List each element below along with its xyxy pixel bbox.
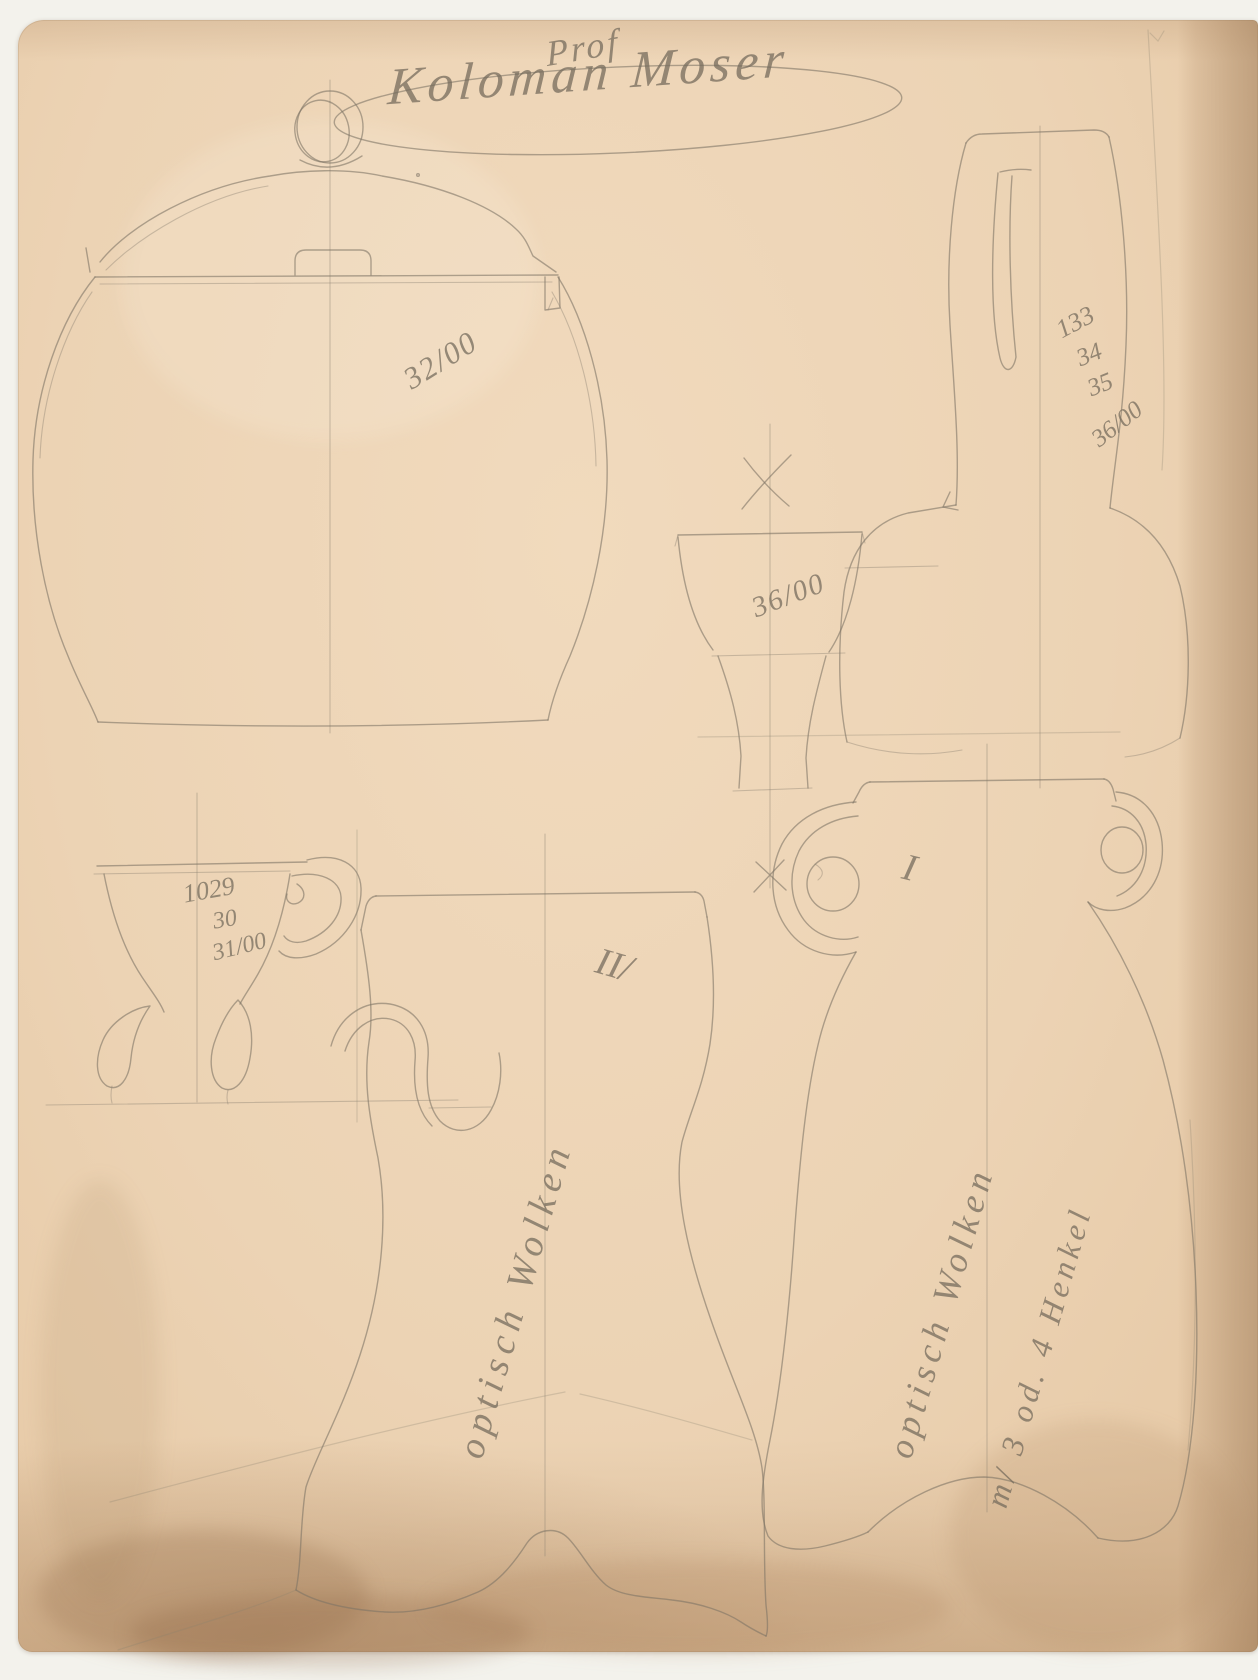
cup-number-2: 30 [211,906,239,934]
horizontal-guide [698,732,1120,737]
lid-handle-sketch [295,250,371,275]
right-vase-sketch [698,732,1197,1549]
cup-handle [279,858,361,958]
goblet-sketch [675,424,865,892]
lidded-pot-sketch [33,80,607,733]
pencil-sketch-layer [0,0,1258,1680]
scanned-design-sheet: Prof Koloman Moser 32/00 36/00 133 34 35… [0,0,1258,1680]
cup-foot-left [97,1006,150,1088]
footed-cup-sketch [46,793,458,1122]
wavy-base [296,1531,766,1636]
cup-foot-right [211,1000,251,1090]
left-ear-handle [773,802,856,955]
crease-lines [110,30,1164,1502]
baseline-guide [46,1100,458,1105]
